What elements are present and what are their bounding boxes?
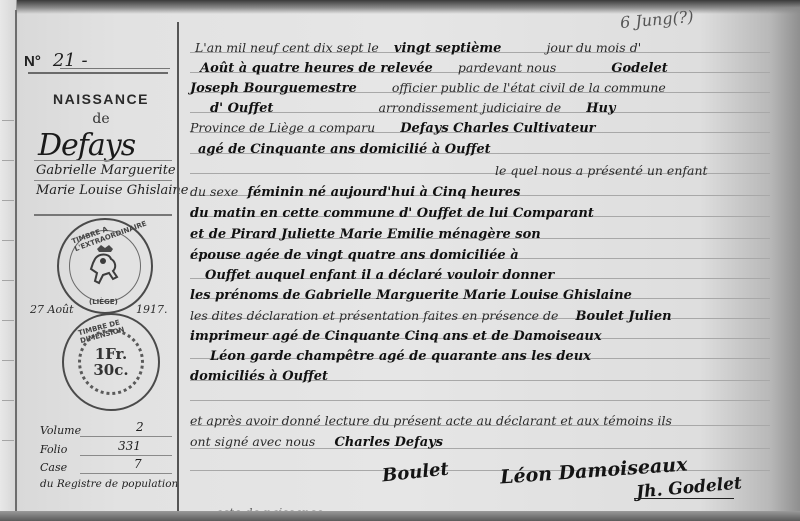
- number-underline: [60, 68, 170, 69]
- body-line-5: Province de Liège a comparu Defays Charl…: [190, 117, 596, 136]
- given-names-line2: Marie Louise Ghislaine: [36, 183, 188, 198]
- rule: [34, 180, 172, 181]
- body-line-7: le quel nous a présenté un enfant: [495, 160, 708, 179]
- margin-divider: [28, 72, 168, 74]
- volume-label: Volume: [40, 424, 81, 437]
- register-footer: du Registre de population: [40, 478, 178, 490]
- margin-column-rule: [177, 22, 179, 521]
- rule: [34, 160, 172, 161]
- body-line-16: Léon garde champêtre agé de quarante ans…: [210, 345, 591, 364]
- body-line-3: Joseph Bourguemestre officier public de …: [190, 77, 666, 96]
- rule: [80, 455, 172, 456]
- body-line-10: et de Pirard Juliette Marie Emilie ménag…: [190, 223, 541, 242]
- body-line-19: ont signé avec nous Charles Defays: [190, 431, 443, 450]
- officer-signature-underline: [634, 498, 734, 499]
- body-line-1: L'an mil neuf cent dix sept le vingt sep…: [195, 37, 641, 56]
- body-line-14: les dites déclaration et présentation fa…: [190, 305, 672, 324]
- body-line-2: Août à quatre heures de relevée pardevan…: [200, 57, 668, 76]
- extraordinary-stamp: TIMBRE A L'EXTRAORDINAIRE (LIÈGE): [57, 218, 153, 314]
- page-bottom-edge: [0, 511, 800, 521]
- stamp-value-centimes: 30c.: [93, 362, 128, 378]
- given-names-line1: Gabrielle Marguerite: [36, 163, 176, 178]
- folio-value: 331: [118, 439, 141, 453]
- body-line-15: imprimeur agé de Cinquante Cinq ans et d…: [190, 325, 602, 344]
- body-line-13: les prénoms de Gabrielle Marguerite Mari…: [190, 284, 632, 303]
- case-value: 7: [134, 457, 142, 471]
- body-line-4: d' Ouffet arrondissement judiciaire de H…: [210, 97, 616, 116]
- surname: Defays: [38, 128, 135, 163]
- lion-crest-icon: [83, 243, 127, 289]
- rule: [80, 473, 172, 474]
- stamp-date: 27 Août: [30, 303, 74, 316]
- stamp-bottom-text: (LIÈGE): [89, 298, 118, 306]
- body-line-17: domiciliés à Ouffet: [190, 365, 328, 384]
- body-line-12: Ouffet auquel enfant il a déclaré vouloi…: [205, 264, 554, 283]
- document-scan: N°21 - NAISSANCE de Defays Gabrielle Mar…: [0, 0, 800, 521]
- rule: [34, 214, 172, 216]
- stamp-value-francs: 1Fr.: [95, 346, 128, 362]
- dimension-stamp: TIMBRE DE DIMENSION 1Fr. 30c.: [62, 313, 160, 411]
- binding-line: [15, 10, 17, 515]
- body-line-18: et après avoir donné lecture du présent …: [190, 410, 672, 429]
- rule: [80, 436, 172, 437]
- de-label: de: [26, 111, 176, 127]
- case-label: Case: [40, 461, 67, 474]
- record-type-heading: NAISSANCE: [26, 91, 176, 107]
- folio-label: Folio: [40, 443, 67, 456]
- body-line-8: du sexe féminin né aujourd'hui à Cinq he…: [190, 181, 520, 200]
- body-line-6: agé de Cinquante ans domicilié à Ouffet: [198, 138, 491, 157]
- number-label: N°: [24, 53, 41, 70]
- signature-witness-boulet: Boulet: [381, 459, 450, 487]
- body-line-11: épouse agée de vingt quatre ans domicili…: [190, 244, 519, 263]
- volume-value: 2: [136, 420, 144, 434]
- body-line-9: du matin en cette commune d' Ouffet de l…: [190, 202, 594, 221]
